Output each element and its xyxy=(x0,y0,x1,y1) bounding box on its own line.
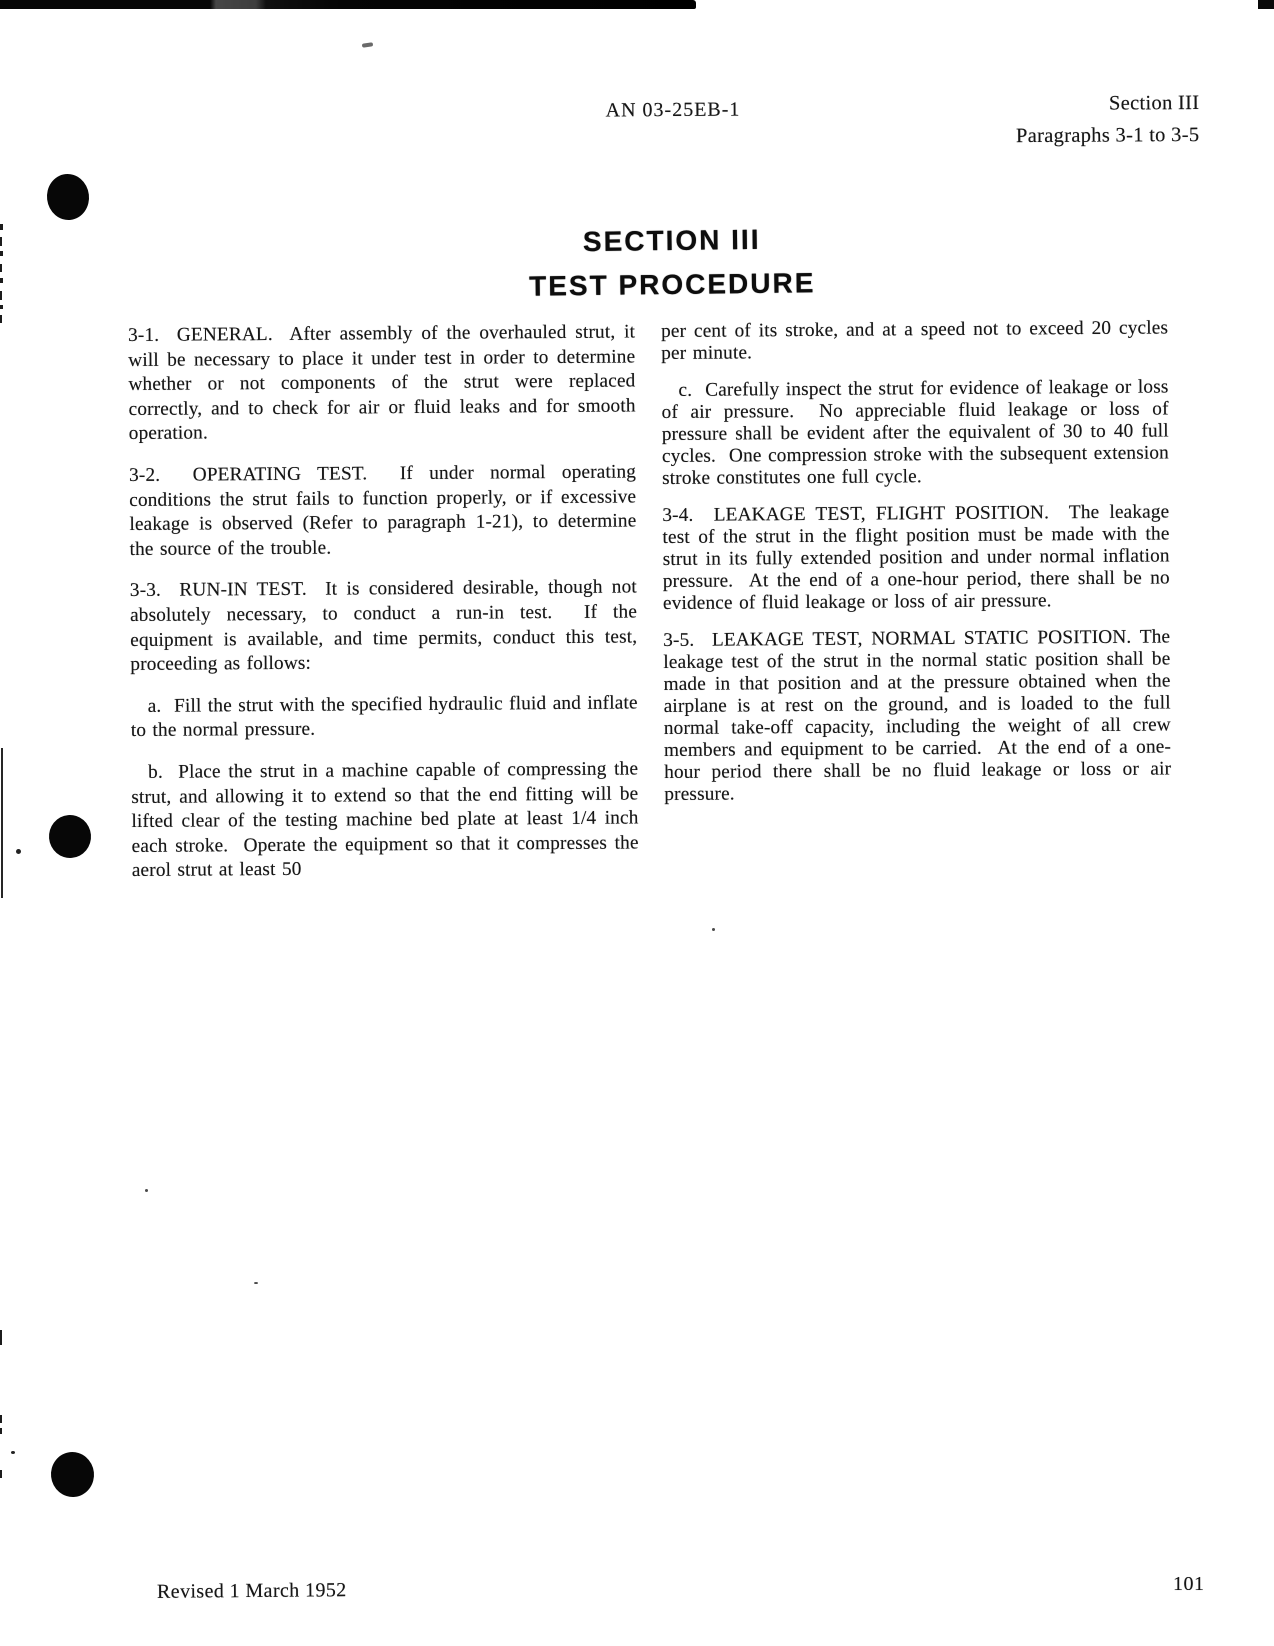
section-title-block: SECTION III TEST PROCEDURE xyxy=(471,217,872,310)
footer-revision-date: Revised 1 March 1952 xyxy=(157,1579,347,1604)
section-subtitle: TEST PROCEDURE xyxy=(472,261,873,310)
scan-corner-mark xyxy=(1258,0,1274,9)
text-column-right: per cent of its stroke, and at a speed n… xyxy=(661,317,1171,821)
paragraph: per cent of its stroke, and at a speed n… xyxy=(661,317,1168,365)
doc-number: AN 03-25EB-1 xyxy=(560,98,786,123)
punch-hole-mark-top xyxy=(44,172,91,223)
paragraph: 3-2. OPERATING TEST. If under normal ope… xyxy=(129,460,637,562)
paragraph: 3-4. LEAKAGE TEST, FLIGHT POSITION. The … xyxy=(662,501,1170,615)
header-paragraph-range: Paragraphs 3-1 to 3-5 xyxy=(1016,124,1199,148)
paragraph: a. Fill the strut with the specified hyd… xyxy=(131,691,638,744)
scan-top-edge-bar xyxy=(0,0,696,9)
section-title: SECTION III xyxy=(471,217,872,266)
paragraph: 3-1. GENERAL. After assembly of the over… xyxy=(128,320,636,447)
page-number: 101 xyxy=(1173,1573,1205,1596)
paragraph: c. Carefully inspect the strut for evide… xyxy=(661,376,1169,490)
punch-hole-mark-bottom xyxy=(49,1450,96,1499)
header-section-ref: Section III xyxy=(1109,92,1200,116)
paragraph: 3-3. RUN-IN TEST. It is considered desir… xyxy=(130,576,638,678)
paragraph: b. Place the strut in a machine capable … xyxy=(131,757,639,884)
scanned-manual-page: AN 03-25EB-1 Section III Paragraphs 3-1 … xyxy=(0,0,1274,1646)
paragraph: 3-5. LEAKAGE TEST, NORMAL STATIC POSITIO… xyxy=(663,626,1171,806)
text-column-left: 3-1. GENERAL. After assembly of the over… xyxy=(128,320,639,883)
punch-hole-mark-middle xyxy=(47,813,93,859)
